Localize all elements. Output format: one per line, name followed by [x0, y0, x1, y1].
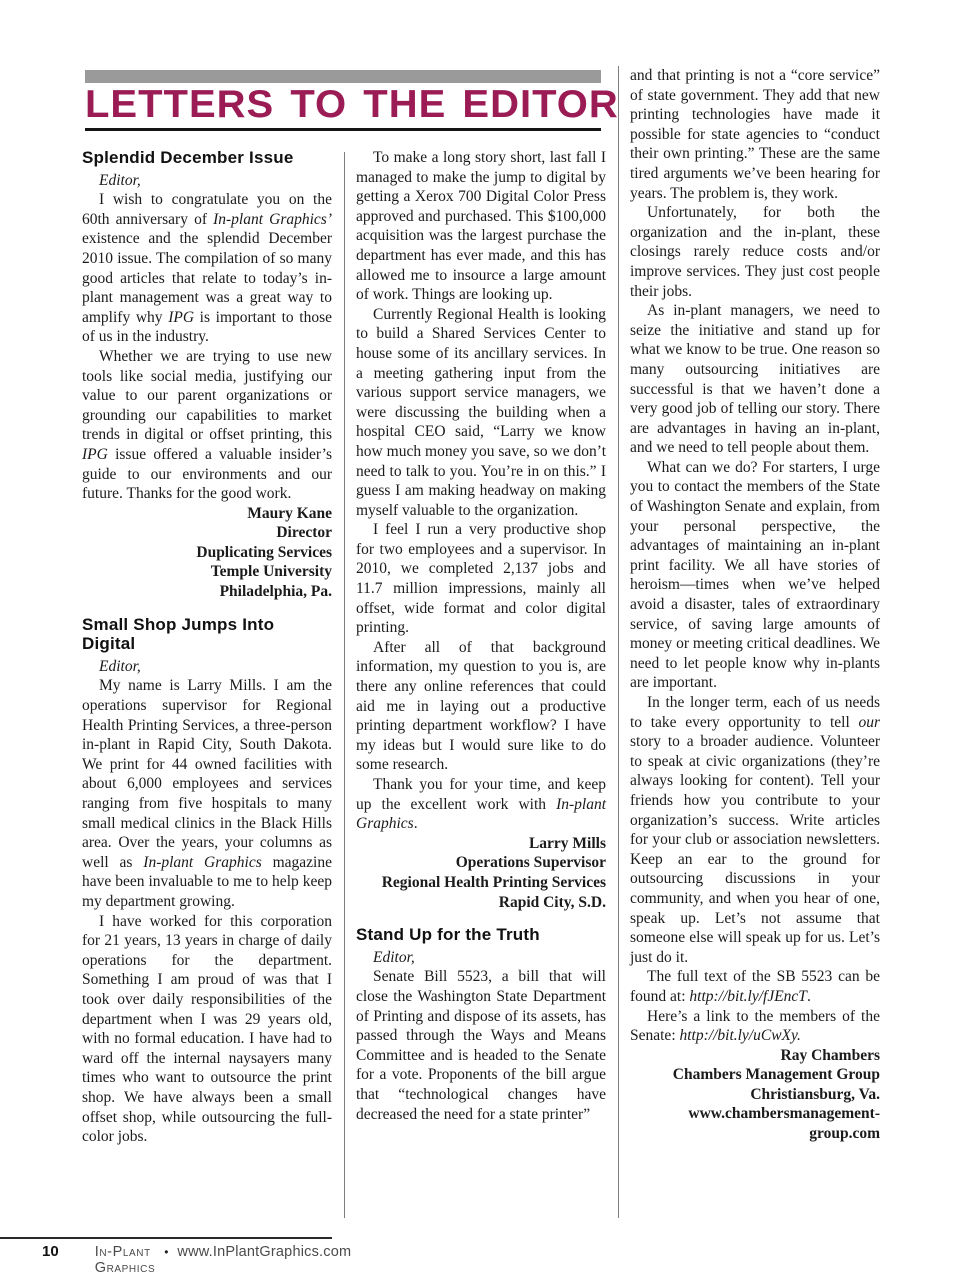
signature-line: Regional Health Printing Services: [356, 873, 606, 893]
body-text: Whether we are trying to use new tools l…: [82, 348, 332, 443]
letter-signature: Maury KaneDirectorDuplicating ServicesTe…: [82, 504, 332, 602]
letter-paragraph: As in-plant managers, we need to seize t…: [630, 301, 880, 458]
letter-heading: Stand Up for the Truth: [356, 925, 606, 945]
signature-line: Philadelphia, Pa.: [82, 582, 332, 602]
signature-line: Larry Mills: [356, 834, 606, 854]
page-header: LETTERS TO THE EDITOR: [85, 70, 601, 131]
body-text: As in-plant managers, we need to seize t…: [630, 302, 880, 456]
signature-line: Rapid City, S.D.: [356, 893, 606, 913]
body-text: Currently Regional Health is looking to …: [356, 306, 606, 519]
signature-line: Maury Kane: [82, 504, 332, 524]
magazine-page: LETTERS TO THE EDITOR Splendid December …: [0, 0, 960, 1287]
letter-paragraph: To make a long story short, last fall I …: [356, 148, 606, 305]
letter-paragraph: I feel I run a very productive shop for …: [356, 520, 606, 638]
signature-line: Operations Supervisor: [356, 853, 606, 873]
magazine-name: In-Plant Graphics: [95, 1244, 156, 1276]
letter-paragraph: I have worked for this corporation for 2…: [82, 912, 332, 1147]
letter-paragraph: Thank you for your time, and keep up the…: [356, 775, 606, 834]
body-text: story to a broader audience. Volunteer t…: [630, 733, 880, 966]
letter-paragraph: I wish to congratulate you on the 60th a…: [82, 190, 332, 347]
magazine-website: www.InPlantGraphics.com: [177, 1244, 351, 1260]
letter-signature: Ray ChambersChambers Management GroupChr…: [630, 1046, 880, 1144]
header-gray-bar: [85, 70, 601, 83]
body-text: I have worked for this corporation for 2…: [82, 913, 332, 1146]
letter-salutation: Editor,: [356, 948, 606, 968]
letter-paragraph: Unfortunately, for both the organization…: [630, 203, 880, 301]
column-divider: [344, 152, 345, 1218]
body-text: and that printing is not a “core service…: [630, 67, 880, 202]
letter-paragraph: Here’s a link to the members of the Sena…: [630, 1007, 880, 1046]
page-footer: 10 In-Plant Graphics • www.InPlantGraphi…: [0, 1237, 332, 1276]
letter-heading: Small Shop Jumps Into Digital: [82, 615, 332, 654]
letter-heading: Splendid December Issue: [82, 148, 332, 168]
letter-signature: Larry MillsOperations SupervisorRegional…: [356, 834, 606, 912]
column-divider: [618, 66, 619, 1218]
italic-text: http://bit.ly/fJEncT: [689, 988, 807, 1005]
letter-paragraph: The full text of the SB 5523 can be foun…: [630, 967, 880, 1006]
body-text: .: [414, 815, 418, 832]
letter-paragraph: After all of that background information…: [356, 638, 606, 775]
body-text: My name is Larry Mills. I am the operati…: [82, 677, 332, 870]
body-text: Senate Bill 5523, a bill that will close…: [356, 968, 606, 1122]
signature-line: Ray Chambers: [630, 1046, 880, 1066]
text-column-1: Splendid December IssueEditor,I wish to …: [82, 148, 332, 1147]
letter-paragraph: Whether we are trying to use new tools l…: [82, 347, 332, 504]
page-title: LETTERS TO THE EDITOR: [85, 83, 601, 126]
letter-paragraph: What can we do? For starters, I urge you…: [630, 458, 880, 693]
italic-text: In-plant Graphics: [143, 854, 261, 871]
signature-line: Temple University: [82, 562, 332, 582]
text-column-2: To make a long story short, last fall I …: [356, 148, 606, 1124]
page-number: 10: [42, 1243, 59, 1260]
body-text: Unfortunately, for both the organization…: [630, 204, 880, 299]
signature-line: Chambers Management Group: [630, 1065, 880, 1085]
letter-paragraph: In the longer term, each of us needs to …: [630, 693, 880, 967]
letter-paragraph: Currently Regional Health is looking to …: [356, 305, 606, 521]
body-text: What can we do? For starters, I urge you…: [630, 459, 880, 692]
italic-text: http://bit.ly/uCwXy.: [680, 1027, 801, 1044]
italic-text: IPG: [82, 446, 108, 463]
letter-paragraph: Senate Bill 5523, a bill that will close…: [356, 967, 606, 1124]
italic-text: our: [858, 714, 880, 731]
letter-paragraph: and that printing is not a “core service…: [630, 66, 880, 203]
signature-line: group.com: [630, 1124, 880, 1144]
header-rule: [85, 128, 601, 131]
body-text: After all of that background information…: [356, 639, 606, 774]
signature-line: Christiansburg, Va.: [630, 1085, 880, 1105]
text-column-3: and that printing is not a “core service…: [630, 66, 880, 1144]
body-text: .: [807, 988, 811, 1005]
body-text: To make a long story short, last fall I …: [356, 149, 606, 303]
letter-salutation: Editor,: [82, 657, 332, 677]
body-text: In the longer term, each of us needs to …: [630, 694, 880, 731]
signature-line: Director: [82, 523, 332, 543]
italic-text: In-plant Graphics’: [213, 211, 332, 228]
letter-salutation: Editor,: [82, 171, 332, 191]
body-text: issue offered a valuable insider’s guide…: [82, 446, 332, 502]
body-text: I feel I run a very productive shop for …: [356, 521, 606, 636]
signature-line: Duplicating Services: [82, 543, 332, 563]
signature-line: www.chambersmanagement-: [630, 1104, 880, 1124]
footer-bullet: •: [164, 1245, 168, 1259]
letter-paragraph: My name is Larry Mills. I am the operati…: [82, 676, 332, 911]
italic-text: IPG: [168, 309, 194, 326]
